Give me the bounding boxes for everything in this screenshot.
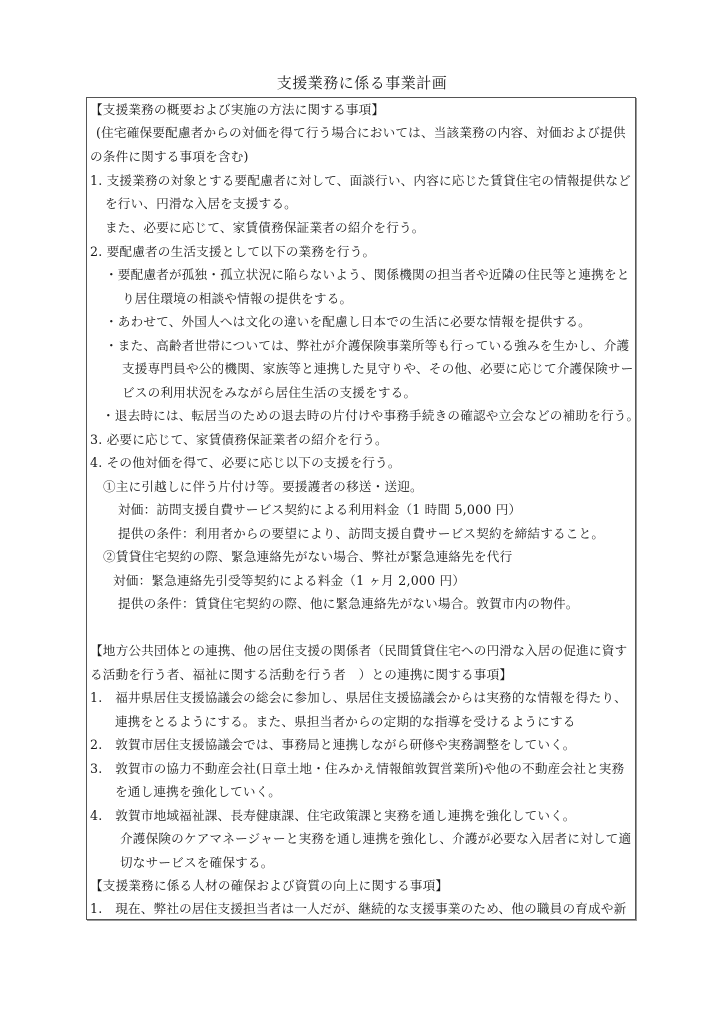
text-line: の条件に関する事項を含む)	[90, 149, 249, 165]
text-line: 支援専門員や公的機関、家族等と連携した見守りや、その他、必要に応じて介護保険サー	[122, 361, 634, 377]
text-line: 2. 敦賀市居住支援協議会では、事務局と連携しながら研修や実務調整をしていく。	[90, 737, 576, 753]
text-line: 4. 敦賀市地域福祉課、長寿健康課、住宅政策課と実務を通し連携を強化していく。	[90, 808, 576, 824]
text-line: 1. 支援業務の対象とする要配慮者に対して、面談行い、内容に応じた賃貸住宅の情報…	[90, 173, 631, 189]
text-line: また、必要に応じて、家賃債務保証業者の紹介を行う。	[105, 220, 425, 236]
text-line: ビスの利用状況をみながら居住生活の支援をする。	[122, 385, 416, 401]
text-line: (住宅確保要配慮者からの対価を得て行う場合においては、当該業務の内容、対価および…	[96, 125, 626, 141]
text-line: 1. 現在、弊社の居住支援担当者は一人だが、継続的な支援事業のため、他の職員の育…	[90, 901, 626, 917]
text-line: 1. 福井県居住支援協議会の総会に参加し、県居住支援協議会からは実務的な情報を得…	[90, 690, 627, 706]
text-line: 4. その他対価を得て、必要に応じ以下の支援を行う。	[90, 455, 401, 471]
text-line: ・あわせて、外国人へは文化の違いを配慮し日本での生活に必要な情報を提供する。	[105, 314, 591, 330]
text-line: 【支援業務の概要および実施の方法に関する事項】	[90, 102, 384, 118]
text-line: 2. 要配慮者の生活支援として以下の業務を行う。	[90, 244, 375, 260]
text-line: 提供の条件：賃貸住宅契約の際、他に緊急連絡先がない場合。敦賀市内の物件。	[118, 596, 579, 612]
text-line: 【支援業務に係る人材の確保および資質の向上に関する事項】	[90, 878, 448, 894]
text-line: 対価：緊急連絡先引受等契約による料金（1 ヶ月 2,000 円）	[113, 573, 465, 589]
text-line: 介護保険のケアマネージャーと実務を通し連携を強化し、介護が必要な入居者に対して適	[120, 831, 631, 847]
text-line: る活動を行う者、福祉に関する活動を行う者 ）との連携に関する事項】	[90, 667, 512, 683]
text-line: ②賃貸住宅契約の際、緊急連絡先がない場合、弊社が緊急連絡先を代行	[103, 549, 512, 565]
text-line: 切なサービスを確保する。	[120, 855, 274, 871]
text-line: ・また、高齢者世帯については、弊社が介護保険事業所等も行っている強みを生かし、介…	[105, 338, 629, 354]
text-line: 対価：訪問支援自費サービス契約による利用料金（1 時間 5,000 円）	[118, 502, 521, 518]
text-line: ①主に引越しに伴う片付け等。要援護者の移送・送迎。	[103, 479, 423, 495]
text-line: 【地方公共団体との連携、他の居住支援の関係者（民間賃貸住宅への円滑な入居の促進に…	[90, 643, 627, 659]
text-line: 連携をとるようにする。また、県担当者からの定期的な指導を受けるようにする	[115, 714, 576, 730]
text-line: を行い、円滑な入居を支援する。	[105, 196, 297, 212]
text-line: ・要配慮者が孤独・孤立状況に陥らないよう、関係機関の担当者や近隣の住民等と連携を…	[105, 267, 630, 283]
text-line: 3. 敦賀市の協力不動産会社(日章土地・住みかえ情報館敦賀営業所)や他の不動産会…	[90, 761, 624, 777]
text-line: ・退去時には、転居当のための退去時の片付けや事務手続きの確認や立会などの補助を行…	[102, 408, 639, 424]
text-line: 提供の条件：利用者からの要望により、訪問支援自費サービス契約を締結すること。	[118, 526, 604, 542]
text-line: 3. 必要に応じて、家賃債務保証業者の紹介を行う。	[90, 432, 388, 448]
document-title: 支援業務に係る事業計画	[0, 72, 724, 93]
text-line: を通し連携を強化していく。	[115, 784, 281, 800]
text-line: り居住環境の相談や情報の提供をする。	[122, 291, 352, 307]
